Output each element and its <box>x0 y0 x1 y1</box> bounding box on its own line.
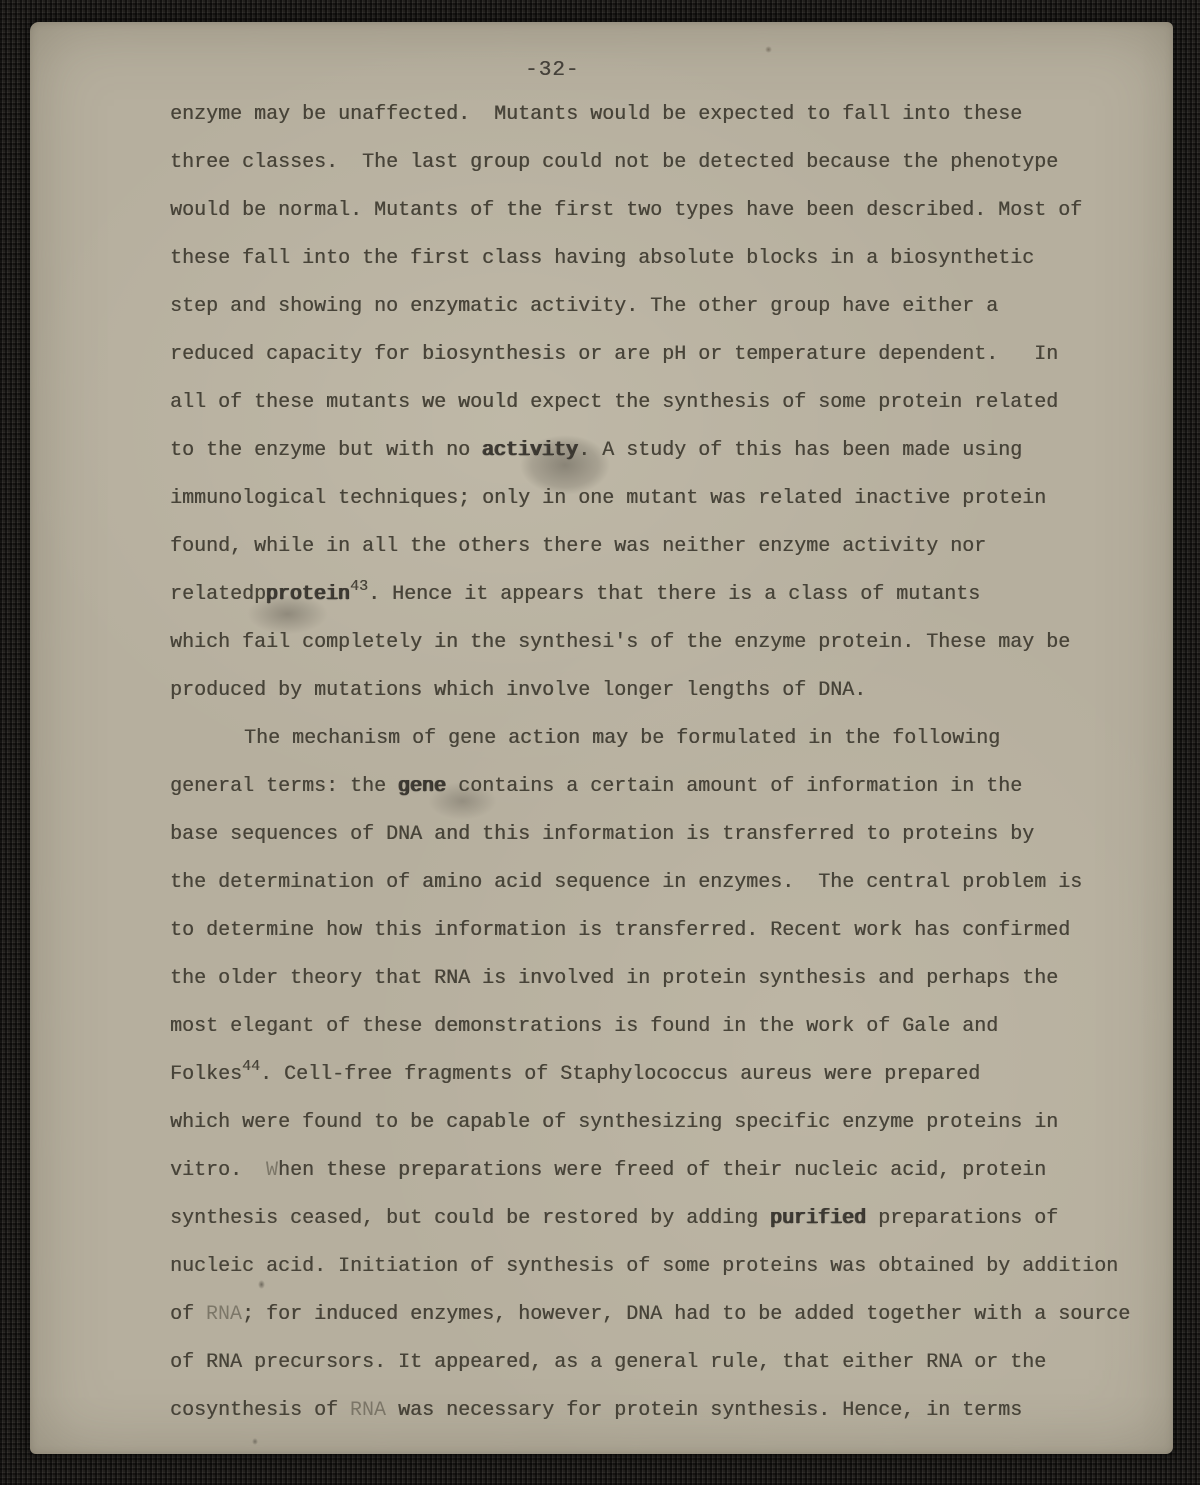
text-segment: the older theory that RNA is involved in… <box>170 967 1058 990</box>
text-line: base sequences of DNA and this informati… <box>170 811 1160 859</box>
text-segment: step and showing no enzymatic activity. … <box>170 295 998 318</box>
text-line: found, while in all the others there was… <box>170 523 1160 571</box>
footnote-superscript: 43 <box>350 578 368 595</box>
text-segment: preparations of <box>866 1207 1058 1230</box>
text-line: immunological techniques; only in one mu… <box>170 475 1160 523</box>
footnote-superscript: 44 <box>242 1058 260 1075</box>
typewritten-text-body: enzyme may be unaffected. Mutants would … <box>170 91 1160 1435</box>
text-segment: of <box>170 1303 206 1326</box>
text-segment: cosynthesis of <box>170 1399 350 1422</box>
text-segment: most elegant of these demonstrations is … <box>170 1015 998 1038</box>
text-line: would be normal. Mutants of the first tw… <box>170 187 1160 235</box>
text-line: reduced capacity for biosynthesis or are… <box>170 331 1160 379</box>
text-line: produced by mutations which involve long… <box>170 667 1160 715</box>
ink-speck <box>252 1438 258 1445</box>
text-line: these fall into the first class having a… <box>170 235 1160 283</box>
text-segment: three classes. The last group could not … <box>170 151 1058 174</box>
text-segment: protein <box>266 583 350 606</box>
text-segment: to the enzyme but with no <box>170 439 482 462</box>
text-segment: . Cell-free fragments of Staphylococcus … <box>260 1063 980 1086</box>
text-line: Folkes44. Cell-free fragments of Staphyl… <box>170 1051 1160 1099</box>
text-line: all of these mutants we would expect the… <box>170 379 1160 427</box>
text-line: step and showing no enzymatic activity. … <box>170 283 1160 331</box>
text-line: most elegant of these demonstrations is … <box>170 1003 1160 1051</box>
text-segment: relatedp <box>170 583 266 606</box>
text-segment: general terms: the <box>170 775 398 798</box>
text-segment: immunological techniques; only in one mu… <box>170 487 1046 510</box>
text-line: which fail completely in the synthesi's … <box>170 619 1160 667</box>
text-segment: nucleic acid. Initiation of synthesis of… <box>170 1255 1118 1278</box>
text-segment: base sequences of DNA and this informati… <box>170 823 1034 846</box>
text-line: which were found to be capable of synthe… <box>170 1099 1160 1147</box>
text-segment: of RNA precursors. It appeared, as a gen… <box>170 1351 1046 1374</box>
text-segment: produced by mutations which involve long… <box>170 679 866 702</box>
text-segment: contains a certain amount of information… <box>446 775 1022 798</box>
text-segment: would be normal. Mutants of the first tw… <box>170 199 1082 222</box>
text-line: vitro. When these preparations were free… <box>170 1147 1160 1195</box>
text-segment: ; for induced enzymes, however, DNA had … <box>242 1303 1130 1326</box>
text-line: relatedpprotein43. Hence it appears that… <box>170 571 1160 619</box>
text-line: enzyme may be unaffected. Mutants would … <box>170 91 1160 139</box>
text-segment: . A study of this has been made using <box>578 439 1022 462</box>
document-page: -32- enzyme may be unaffected. Mutants w… <box>30 22 1173 1454</box>
text-segment: activity <box>482 439 578 462</box>
text-segment: synthesis ceased, but could be restored … <box>170 1207 770 1230</box>
text-segment: hen these preparations were freed of the… <box>278 1159 1046 1182</box>
text-segment: which fail completely in the synthesi's … <box>170 631 1070 654</box>
text-segment: found, while in all the others there was… <box>170 535 986 558</box>
scan-fabric-background: -32- enzyme may be unaffected. Mutants w… <box>0 0 1200 1485</box>
text-segment: all of these mutants we would expect the… <box>170 391 1058 414</box>
text-line: to the enzyme but with no activity. A st… <box>170 427 1160 475</box>
text-segment: Folkes <box>170 1063 242 1086</box>
text-segment: to determine how this information is tra… <box>170 919 1070 942</box>
text-segment: reduced capacity for biosynthesis or are… <box>170 343 1058 366</box>
text-line: of RNA; for induced enzymes, however, DN… <box>170 1291 1160 1339</box>
text-line: of RNA precursors. It appeared, as a gen… <box>170 1339 1160 1387</box>
text-segment: vitro. <box>170 1159 266 1182</box>
text-line: synthesis ceased, but could be restored … <box>170 1195 1160 1243</box>
text-segment: the determination of amino acid sequence… <box>170 871 1082 894</box>
text-line: general terms: the gene contains a certa… <box>170 763 1160 811</box>
text-line: the determination of amino acid sequence… <box>170 859 1160 907</box>
text-line: to determine how this information is tra… <box>170 907 1160 955</box>
text-segment: enzyme may be unaffected. Mutants would … <box>170 103 1022 126</box>
text-segment: gene <box>398 775 446 798</box>
text-segment: was necessary for protein synthesis. Hen… <box>386 1399 1022 1422</box>
text-line: nucleic acid. Initiation of synthesis of… <box>170 1243 1160 1291</box>
text-segment: The mechanism of gene action may be form… <box>244 727 1000 750</box>
text-segment: RNA <box>206 1303 242 1326</box>
text-line: The mechanism of gene action may be form… <box>170 715 1160 763</box>
text-segment: W <box>266 1159 278 1182</box>
text-segment: RNA <box>350 1399 386 1422</box>
text-line: three classes. The last group could not … <box>170 139 1160 187</box>
ink-speck <box>765 46 772 53</box>
text-line: cosynthesis of RNA was necessary for pro… <box>170 1387 1160 1435</box>
text-segment: which were found to be capable of synthe… <box>170 1111 1058 1134</box>
page-number: -32- <box>525 59 579 83</box>
text-segment: purified <box>770 1207 866 1230</box>
text-segment: . Hence it appears that there is a class… <box>368 583 980 606</box>
text-line: the older theory that RNA is involved in… <box>170 955 1160 1003</box>
text-segment: these fall into the first class having a… <box>170 247 1034 270</box>
